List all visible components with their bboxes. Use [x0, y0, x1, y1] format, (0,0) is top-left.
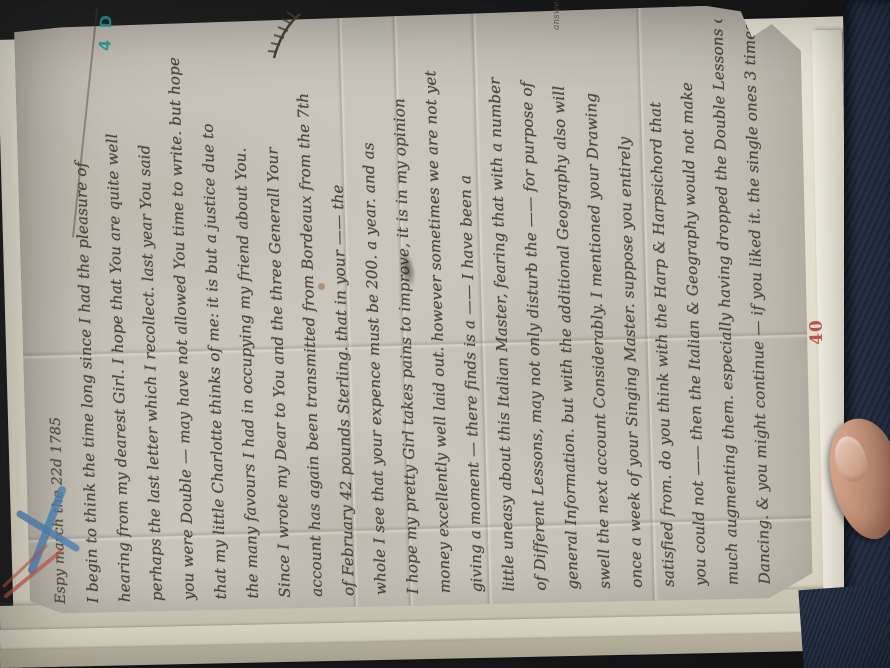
letter-paper: Espy march the 22d 1785 I begin to think…: [14, 3, 816, 619]
paper-stain: [318, 283, 325, 290]
fingernail: [830, 433, 871, 485]
interlinear-note: answered: [552, 0, 562, 30]
fabric-background: [798, 584, 890, 668]
ink-flourish: [262, 6, 308, 64]
folio-number: 40: [806, 319, 827, 345]
red-pencil-marks: [2, 532, 68, 600]
fabric-background: [844, 0, 890, 668]
photo-of-letter: Espy march the 22d 1785 I begin to think…: [0, 0, 890, 668]
archival-corner-mark: 4 D: [95, 12, 115, 52]
handwritten-text: Espy march the 22d 1785 I begin to think…: [29, 18, 801, 605]
